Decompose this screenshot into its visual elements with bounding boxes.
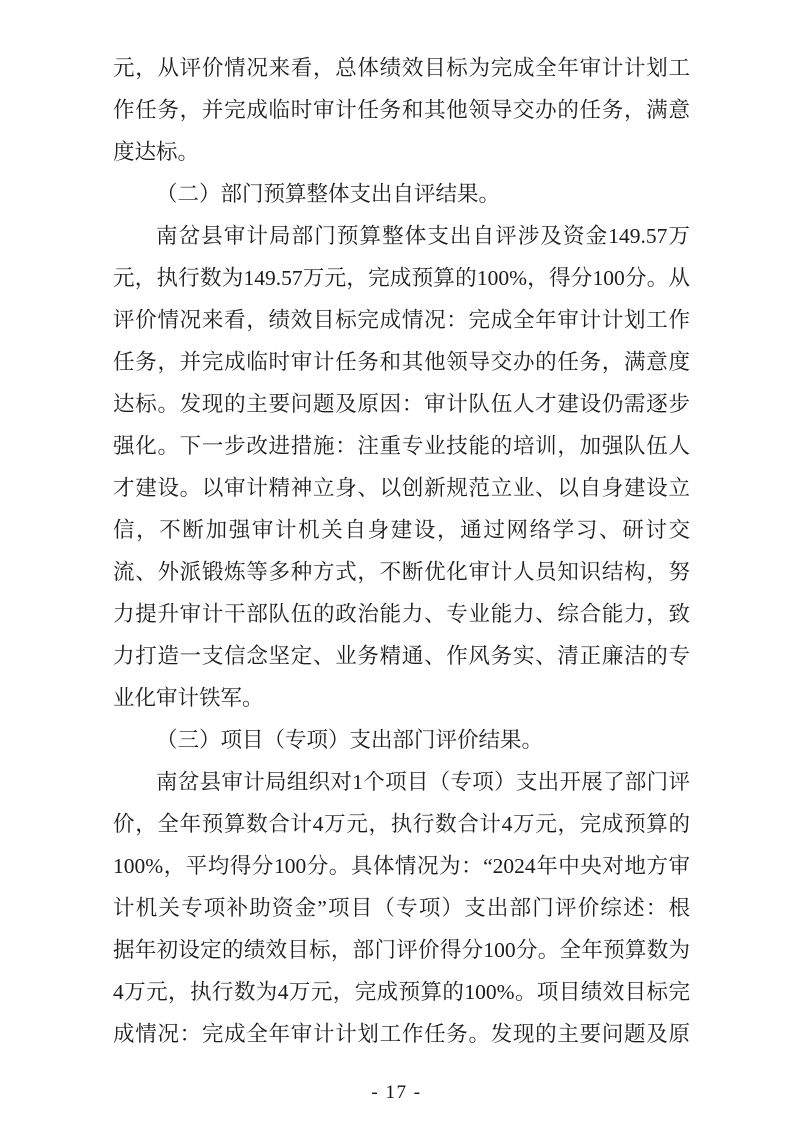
document-page: 元，从评价情况来看，总体绩效目标为完成全年审计计划工作任务，并完成临时审计任务和…	[0, 0, 793, 1122]
text-line: 元，执行数为149.57万元，完成预算的100%，得分100分。从	[113, 257, 690, 299]
text-line: 4万元，执行数为4万元，完成预算的100%。项目绩效目标完	[113, 971, 690, 1013]
text-line: 度达标。	[113, 131, 690, 173]
text-line: 作任务，并完成临时审计任务和其他领导交办的任务，满意	[113, 89, 690, 131]
document-body: 元，从评价情况来看，总体绩效目标为完成全年审计计划工作任务，并完成临时审计任务和…	[113, 47, 690, 1055]
text-line: 力打造一支信念坚定、业务精通、作风务实、清正廉洁的专	[113, 635, 690, 677]
text-line: 价，全年预算数合计4万元，执行数合计4万元，完成预算的	[113, 803, 690, 845]
text-line: （三）项目（专项）支出部门评价结果。	[113, 719, 690, 761]
text-line: 才建设。以审计精神立身、以创新规范立业、以自身建设立	[113, 467, 690, 509]
text-line: 力提升审计干部队伍的政治能力、专业能力、综合能力，致	[113, 593, 690, 635]
text-line: 元，从评价情况来看，总体绩效目标为完成全年审计计划工	[113, 47, 690, 89]
text-line: 任务，并完成临时审计任务和其他领导交办的任务，满意度	[113, 341, 690, 383]
text-line: 计机关专项补助资金”项目（专项）支出部门评价综述：根	[113, 887, 690, 929]
text-line: 信，不断加强审计机关自身建设，通过网络学习、研讨交	[113, 509, 690, 551]
text-line: （二）部门预算整体支出自评结果。	[113, 173, 690, 215]
text-line: 成情况：完成全年审计计划工作任务。发现的主要问题及原	[113, 1013, 690, 1055]
page-footer: - 17 -	[0, 1078, 793, 1108]
text-line: 达标。发现的主要问题及原因：审计队伍人才建设仍需逐步	[113, 383, 690, 425]
text-line: 100%，平均得分100分。具体情况为：“2024年中央对地方审	[113, 845, 690, 887]
text-line: 南岔县审计局部门预算整体支出自评涉及资金149.57万	[113, 215, 690, 257]
text-line: 评价情况来看，绩效目标完成情况：完成全年审计计划工作	[113, 299, 690, 341]
text-line: 强化。下一步改进措施：注重专业技能的培训，加强队伍人	[113, 425, 690, 467]
text-line: 流、外派锻炼等多种方式，不断优化审计人员知识结构，努	[113, 551, 690, 593]
text-line: 业化审计铁军。	[113, 677, 690, 719]
page-number: - 17 -	[371, 1082, 421, 1103]
text-line: 据年初设定的绩效目标，部门评价得分100分。全年预算数为	[113, 929, 690, 971]
text-line: 南岔县审计局组织对1个项目（专项）支出开展了部门评	[113, 761, 690, 803]
